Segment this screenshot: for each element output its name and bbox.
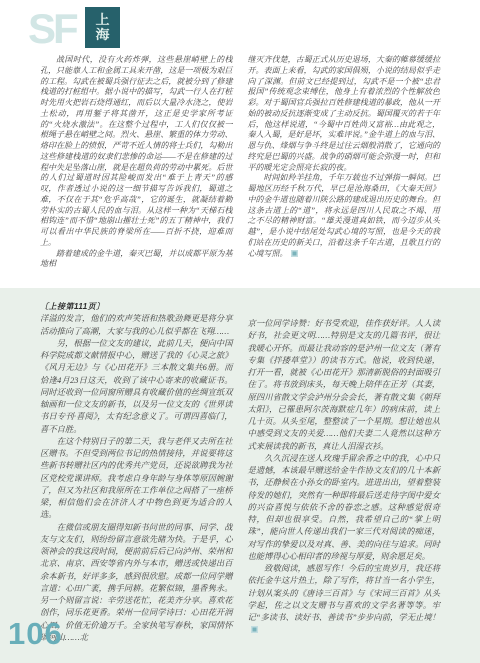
paragraph: 踏着建成的金牛道，秦灭巴蜀，并以成都平原为基地相: [40, 249, 233, 271]
paragraph: 致敬阅读，感恩写作！今后的宝贵岁月，我还将依托金牛这片热土，除了写作，将甘当一名…: [248, 563, 441, 637]
masthead: SF 上 海: [28, 8, 76, 54]
continuation-left-paragraphs: 洋溢的发言，他们的欢声笑语和热歌劲舞更是将分享活动推向了高潮，大家与我的心儿似乎…: [40, 313, 233, 644]
magazine-page: SF 上 海 战国时代，没有火药炸弹，这些悬崖峭壁上的栈孔，只能靠人工和金属工具…: [0, 0, 480, 663]
seal-char-bottom: 海: [96, 28, 110, 42]
paragraph: 久久沉浸在送人玫瑰手留余香之中的我，心中只是遗憾，本该最早赠送给金牛作协文友们的…: [248, 453, 441, 563]
paragraph: 继灭齐伐楚，古蜀正式从历史退场，大秦的帷幕缓缓拉开。表面上来看，勾武的家国俱殒，…: [248, 55, 441, 173]
paragraph: 时间如羚羊挂角，千年万载也不过弹指一瞬间。巴蜀地区历经千秋万代，早已是沧海桑田，…: [248, 173, 441, 259]
continued-from-heading: 〔上接第111页〕: [40, 301, 233, 313]
paragraph: 战国时代，没有火药炸弹，这些悬崖峭壁上的栈孔，只能靠人工和金属工具来开凿，这是一…: [40, 55, 233, 249]
end-of-article-icon: [291, 250, 298, 257]
page-number: 106: [8, 616, 63, 652]
paragraph: 在这个特别日子的第二天，我与老伴又去所在社区赠书。不但受到两位书记的热情接待，并…: [40, 436, 233, 522]
paragraph: 在微信或朋友圈得知新书问世的同事、同学、战友与文友们，则纷纷留言意欲先睹为快。于…: [40, 522, 233, 645]
paragraph: 另，根据一位文友的建议，此前几天，便向中国科学院成都文献情报中心，赠送了我的《心…: [40, 338, 233, 436]
end-of-article-icon: [251, 626, 258, 633]
top-article: 战国时代，没有火药炸弹，这些悬崖峭壁上的栈孔，只能靠人工和金属工具来开凿，这是一…: [40, 55, 440, 270]
top-article-right-column: 继灭齐伐楚，古蜀正式从历史退场，大秦的帷幕缓缓拉开。表面上来看，勾武的家国俱殒，…: [248, 55, 441, 270]
continuation-right-column: 京一位同学诗赞：好书受欢迎，佳作获好评。人人读好书，社会更文明……特别是文友的几…: [248, 301, 441, 644]
seal-char-top: 上: [96, 13, 110, 27]
masthead-seal-icon: 上 海: [86, 8, 119, 47]
top-article-left-column: 战国时代，没有火药炸弹，这些悬崖峭壁上的栈孔，只能靠人工和金属工具来开凿，这是一…: [40, 55, 233, 270]
paragraph: 洋溢的发言，他们的欢声笑语和热歌劲舞更是将分享活动推向了高潮，大家与我的心儿似乎…: [40, 313, 233, 338]
masthead-letters: SF: [28, 8, 76, 50]
paragraph: 京一位同学诗赞：好书受欢迎，佳作获好评。人人读好书，社会更文明……特别是文友的几…: [248, 318, 441, 453]
continuation-article: 〔上接第111页〕 洋溢的发言，他们的欢声笑语和热歌劲舞更是将分享活动推向了高潮…: [40, 301, 440, 644]
continuation-left-column: 〔上接第111页〕 洋溢的发言，他们的欢声笑语和热歌劲舞更是将分享活动推向了高潮…: [40, 301, 233, 644]
